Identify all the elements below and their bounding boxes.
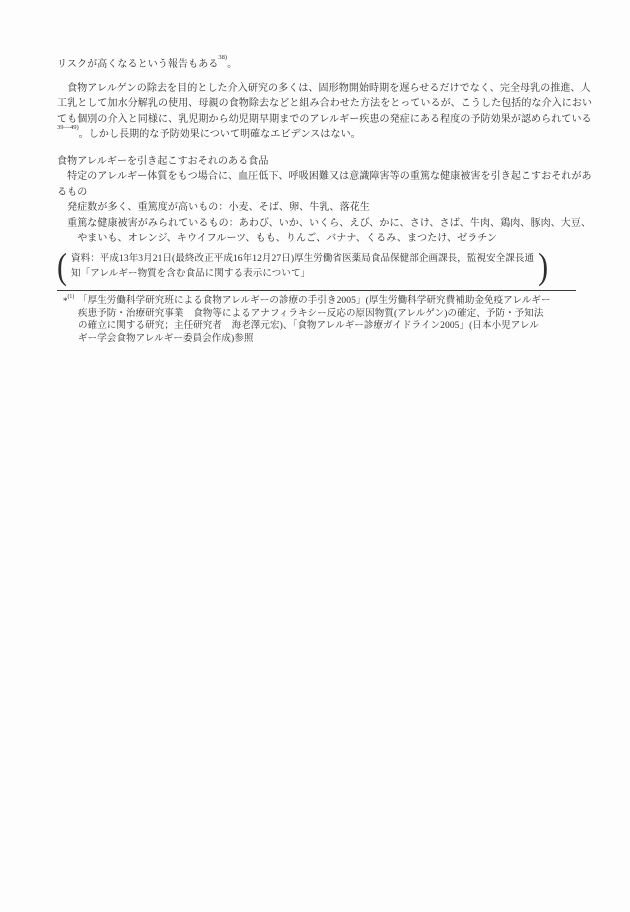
text-line: 特定のアレルギー体質をもつ場合に、血圧低下、呼吸困難又は意識障害等の重篤な健康被… bbox=[57, 169, 578, 184]
section-heading: 食物アレルギーを引き起こすおそれのある食品 bbox=[57, 154, 578, 169]
text-line: 知「アレルギー物質を含む食品に関する表示について」 bbox=[71, 267, 534, 282]
text-line: 工乳として加水分解乳の使用、母親の食物除去などと組み合わせた方法をとっているが、… bbox=[57, 96, 578, 111]
paragraph-carryover: リスクが高くなるという報告もある38)。 bbox=[57, 57, 578, 72]
document-page: リスクが高くなるという報告もある38)。 食物アレルゲンの除去を目的とした介入研… bbox=[0, 0, 630, 912]
reference-superscript: 39—49) bbox=[57, 124, 79, 131]
text-line: ても個別の介入と同様に、乳児期から幼児期早期までのアレルギー疾患の発症にある程度… bbox=[57, 112, 578, 127]
text-line: 食物アレルゲンの除去を目的とした介入研究の多くは、固形物開始時期を遅らせるだけで… bbox=[57, 81, 578, 96]
body-text: リスクが高くなるという報告もある bbox=[57, 59, 218, 70]
source-note-text: 資料：平成13年3月21日(最終改正平成16年12月27日)厚生労働省医薬局食品… bbox=[67, 252, 538, 282]
footnote-divider bbox=[57, 290, 576, 291]
text-line: やまいも、オレンジ、キウイフルーツ、もも、りんご、バナナ、くるみ、まつたけ、ゼラ… bbox=[57, 231, 578, 246]
text-line: 重篤な健康被害がみられているもの：あわび、いか、いくら、えび、かに、さけ、さば、… bbox=[57, 216, 578, 231]
right-parenthesis: ) bbox=[538, 243, 548, 291]
body-text: 。しかし長期的な予防効果について明確なエビデンスはない。 bbox=[79, 129, 361, 140]
reference-superscript: 38) bbox=[218, 54, 227, 61]
asterisk: * bbox=[63, 296, 68, 306]
text-line: るもの bbox=[57, 185, 578, 200]
text-line: リスクが高くなるという報告もある38)。 bbox=[57, 57, 578, 72]
text-line: 「厚生労働科学研究班による食物アレルギーの診療の手引き2005」(厚生労働科学研… bbox=[78, 295, 577, 308]
text-line: ギー学会食物アレルギー委員会作成)参照 bbox=[78, 333, 577, 346]
body-text: 。 bbox=[227, 59, 237, 70]
footnote-marker: *(1) bbox=[63, 296, 74, 306]
source-note: ( 資料：平成13年3月21日(最終改正平成16年12月27日)厚生労働省医薬局… bbox=[57, 248, 578, 286]
text-line: の確立に関する研究；主任研究者 海老澤元宏)、「食物アレルギー診療ガイドライン2… bbox=[78, 320, 577, 333]
paragraph-intervention-research: 食物アレルゲンの除去を目的とした介入研究の多くは、固形物開始時期を遅らせるだけで… bbox=[57, 81, 578, 143]
text-line: 資料：平成13年3月21日(最終改正平成16年12月27日)厚生労働省医薬局食品… bbox=[71, 252, 534, 267]
text-line: 発症数が多く、重篤度が高いもの：小麦、そば、卵、牛乳、落花生 bbox=[57, 200, 578, 215]
footnote-marker-number: (1) bbox=[68, 294, 75, 300]
text-line: 疾患予防・治療研究事業 食物等によるアナフィラキシー反応の原因物質(アレルゲン)… bbox=[78, 308, 577, 321]
left-parenthesis: ( bbox=[57, 243, 67, 291]
section-allergy-foods: 食物アレルギーを引き起こすおそれのある食品 特定のアレルギー体質をもつ場合に、血… bbox=[57, 154, 578, 246]
text-line: 39—49)。しかし長期的な予防効果について明確なエビデンスはない。 bbox=[57, 127, 578, 142]
footnote: *(1) 「厚生労働科学研究班による食物アレルギーの診療の手引き2005」(厚生… bbox=[63, 295, 577, 345]
